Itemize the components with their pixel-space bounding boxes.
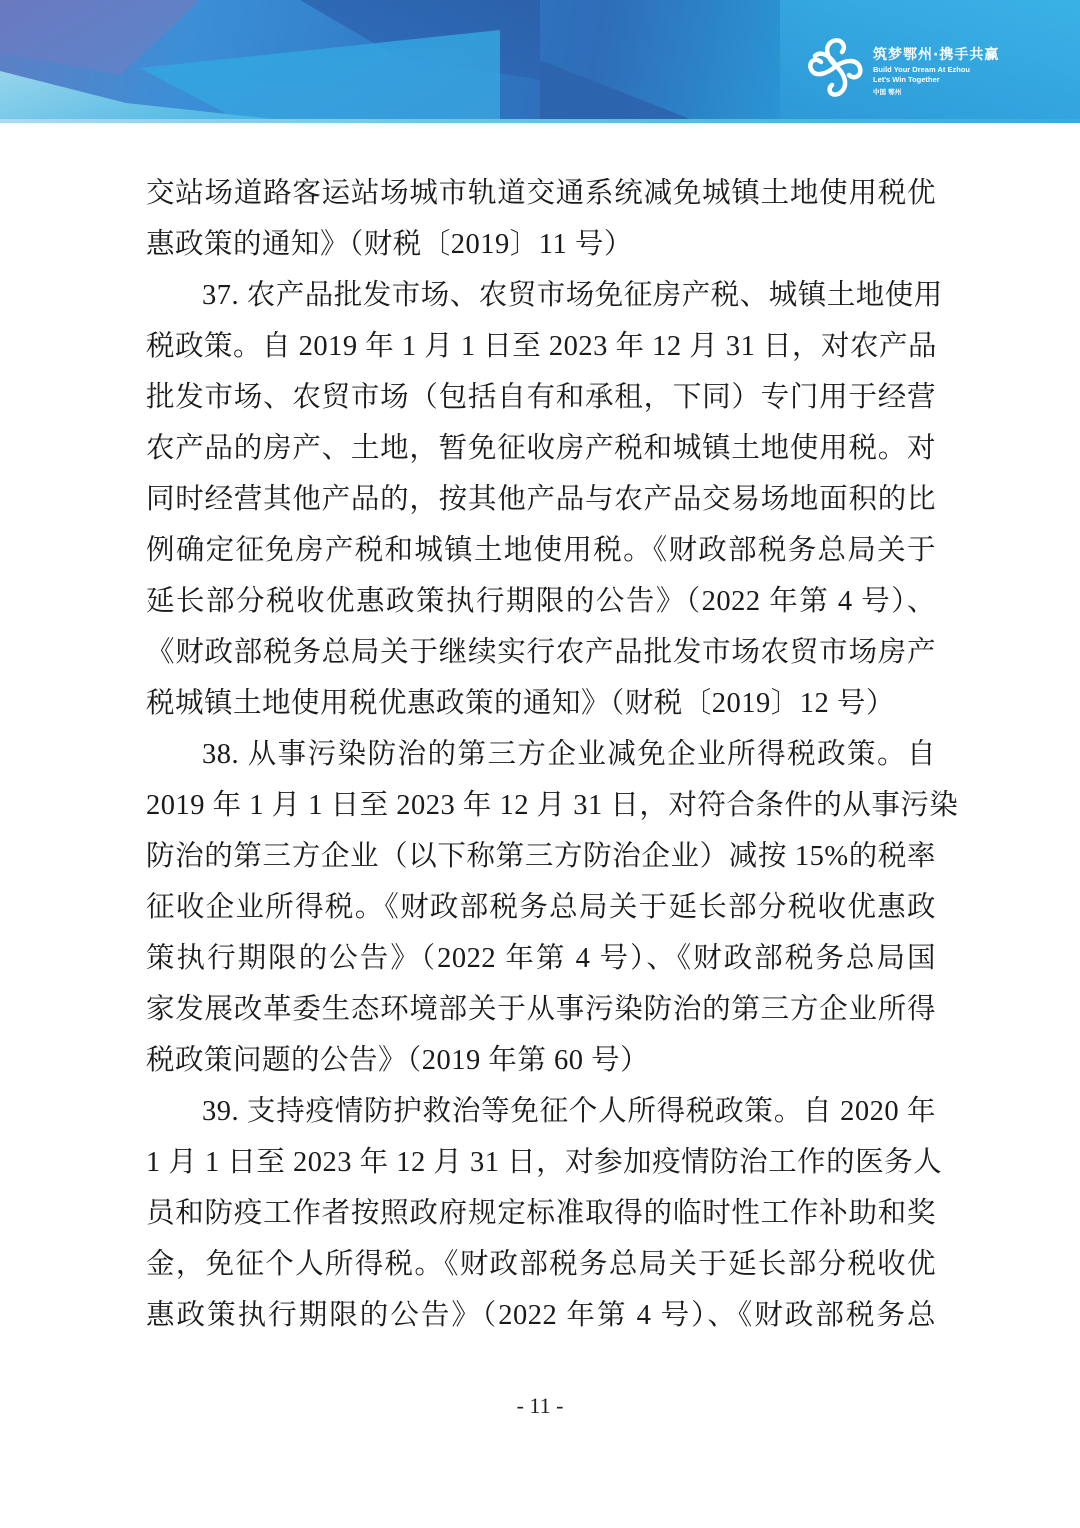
- banner-decoration: [540, 60, 700, 123]
- text-line: 《财政部税务总局关于继续实行农产品批发市场农贸市场房产: [146, 627, 936, 678]
- text-line: 农产品的房产、土地，暂免征收房产税和城镇土地使用税。对: [146, 423, 936, 474]
- text-line: 税政策。自 2019 年 1 月 1 日至 2023 年 12 月 31 日，对…: [146, 321, 936, 372]
- text-line: 策执行期限的公告》（2022 年第 4 号）、《财政部税务总局国: [146, 933, 936, 984]
- text-line: 1 月 1 日至 2023 年 12 月 31 日，对参加疫情防治工作的医务人: [146, 1137, 936, 1188]
- text-line: 交站场道路客运站场城市轨道交通系统减免城镇土地使用税优: [146, 168, 936, 219]
- logo-subtitle-en: Build Your Dream At Ezhou: [873, 65, 970, 74]
- text-line: 税城镇土地使用税优惠政策的通知》（财税〔2019〕12 号）: [146, 678, 936, 729]
- logo: 筑梦鄂州·携手共赢 Build Your Dream At Ezhou Let'…: [805, 36, 1075, 104]
- paragraph-first-line: 37. 农产品批发市场、农贸市场免征房产税、城镇土地使用: [146, 270, 936, 321]
- text-line: 2019 年 1 月 1 日至 2023 年 12 月 31 日，对符合条件的从…: [146, 780, 936, 831]
- text-line: 税政策问题的公告》（2019 年第 60 号）: [146, 1035, 936, 1086]
- logo-title: 筑梦鄂州·携手共赢: [873, 44, 999, 64]
- banner-bottom-stripe: [0, 119, 1080, 123]
- banner-decoration: [140, 30, 500, 123]
- header-banner: 筑梦鄂州·携手共赢 Build Your Dream At Ezhou Let'…: [0, 0, 1080, 123]
- text-line: 惠政策的通知》（财税〔2019〕11 号）: [146, 219, 936, 270]
- text-line: 家发展改革委生态环境部关于从事污染防治的第三方企业所得: [146, 984, 936, 1035]
- paragraph-first-line: 38. 从事污染防治的第三方企业减免企业所得税政策。自: [146, 729, 936, 780]
- text-line: 征收企业所得税。《财政部税务总局关于延长部分税收优惠政: [146, 882, 936, 933]
- text-line: 同时经营其他产品的，按其他产品与农产品交易场地面积的比: [146, 474, 936, 525]
- logo-location: 中国 鄂州: [873, 87, 901, 96]
- text-line: 员和防疫工作者按照政府规定标准取得的临时性工作补助和奖: [146, 1188, 936, 1239]
- document-body: 交站场道路客运站场城市轨道交通系统减免城镇土地使用税优惠政策的通知》（财税〔20…: [146, 168, 936, 1341]
- text-line: 惠政策执行期限的公告》（2022 年第 4 号）、《财政部税务总: [146, 1290, 936, 1341]
- logo-subtitle-en: Let's Win Together: [873, 75, 940, 84]
- paragraph-first-line: 39. 支持疫情防护救治等免征个人所得税政策。自 2020 年: [146, 1086, 936, 1137]
- page-number: - 11 -: [0, 1393, 1080, 1419]
- banner-decoration: [0, 0, 200, 75]
- text-line: 防治的第三方企业（以下称第三方防治企业）减按 15%的税率: [146, 831, 936, 882]
- text-line: 批发市场、农贸市场（包括自有和承租，下同）专门用于经营: [146, 372, 936, 423]
- text-line: 例确定征免房产税和城镇土地使用税。《财政部税务总局关于: [146, 525, 936, 576]
- text-line: 延长部分税收优惠政策执行期限的公告》（2022 年第 4 号）、: [146, 576, 936, 627]
- text-line: 金，免征个人所得税。《财政部税务总局关于延长部分税收优: [146, 1239, 936, 1290]
- flower-petals-logo-icon: [805, 36, 867, 102]
